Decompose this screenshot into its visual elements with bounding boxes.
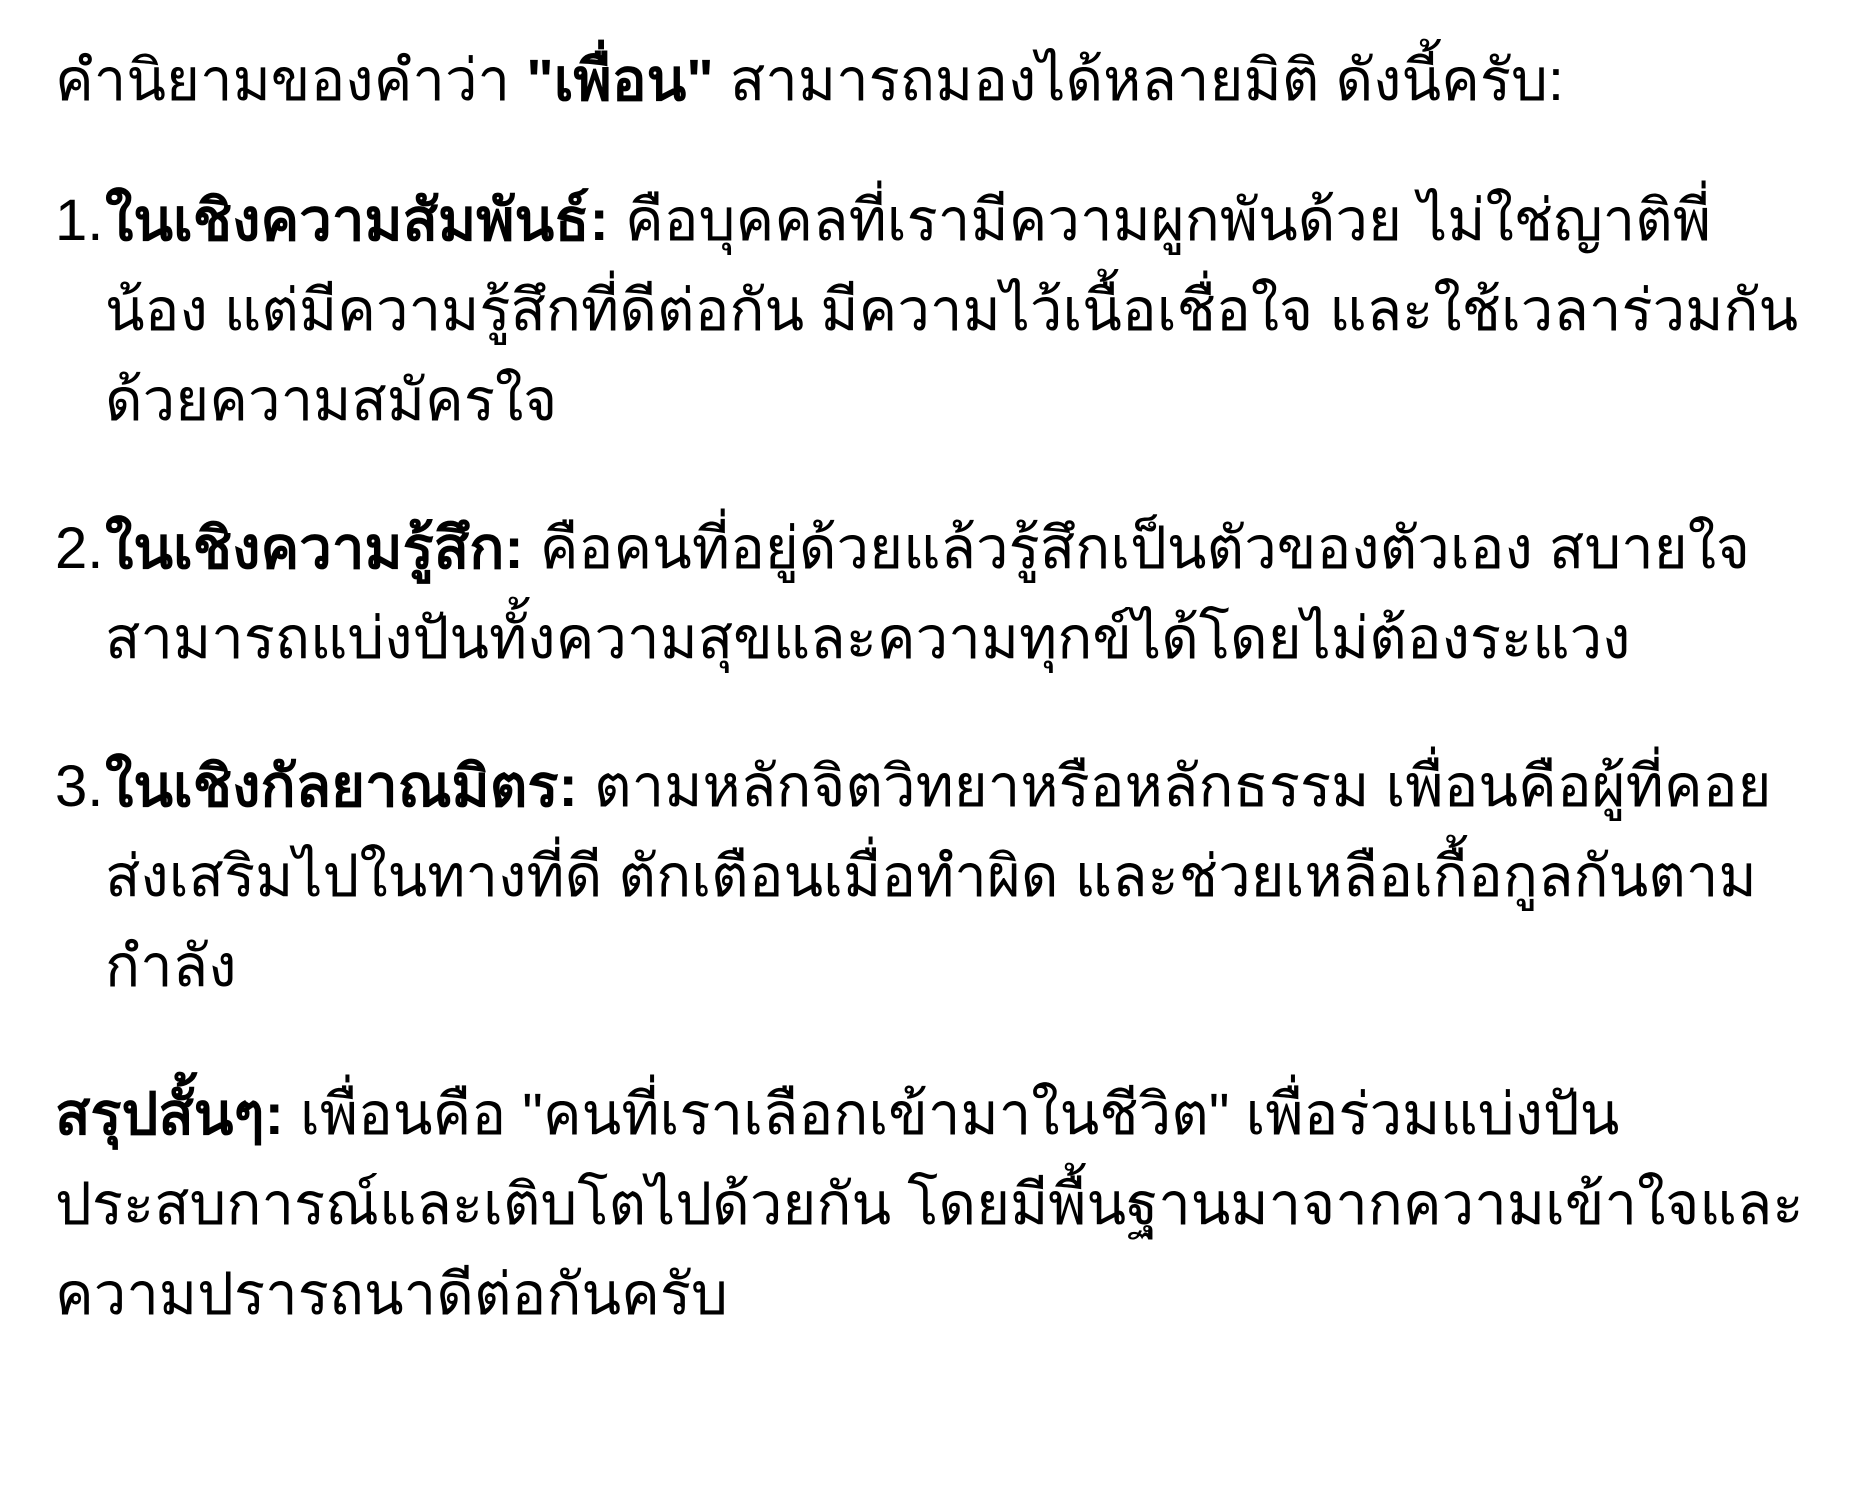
- list-item-2-content: ในเชิงความรู้สึก: คือคนที่อยู่ด้วยแล้วรู…: [105, 504, 1804, 684]
- summary-bold-label: สรุปสั้นๆ:: [55, 1082, 284, 1147]
- list-item-3-number: 3.: [55, 742, 105, 832]
- summary-text: เพื่อนคือ "คนที่เราเลือกเข้ามาในชีวิต" เ…: [55, 1082, 1803, 1327]
- intro-paragraph: คำนิยามของคำว่า "เพื่อน" สามารถมองได้หลา…: [55, 36, 1804, 126]
- list-item-3: 3. ในเชิงกัลยาณมิตร: ตามหลักจิตวิทยาหรือ…: [55, 742, 1804, 1012]
- list-item-3-content: ในเชิงกัลยาณมิตร: ตามหลักจิตวิทยาหรือหลั…: [105, 742, 1804, 1012]
- list-item-1-content: ในเชิงความสัมพันธ์: คือบุคคลที่เรามีความ…: [105, 176, 1804, 446]
- intro-bold-term: "เพื่อน": [526, 48, 714, 113]
- list-item-2-number: 2.: [55, 504, 105, 594]
- list-item-3-bold-label: ในเชิงกัลยาณมิตร:: [105, 754, 578, 819]
- answer-document: คำนิยามของคำว่า "เพื่อน" สามารถมองได้หลา…: [0, 0, 1856, 1340]
- intro-text-pre: คำนิยามของคำว่า: [55, 48, 526, 113]
- list-item-2: 2. ในเชิงความรู้สึก: คือคนที่อยู่ด้วยแล้…: [55, 504, 1804, 684]
- definition-list: 1. ในเชิงความสัมพันธ์: คือบุคคลที่เรามีค…: [55, 176, 1804, 1012]
- list-item-1-bold-label: ในเชิงความสัมพันธ์:: [105, 188, 609, 253]
- list-item-2-bold-label: ในเชิงความรู้สึก:: [105, 516, 524, 581]
- intro-text-post: สามารถมองได้หลายมิติ ดังนี้ครับ:: [714, 48, 1564, 113]
- list-item-1-number: 1.: [55, 176, 105, 266]
- summary-paragraph: สรุปสั้นๆ: เพื่อนคือ "คนที่เราเลือกเข้าม…: [55, 1070, 1804, 1340]
- list-item-1: 1. ในเชิงความสัมพันธ์: คือบุคคลที่เรามีค…: [55, 176, 1804, 446]
